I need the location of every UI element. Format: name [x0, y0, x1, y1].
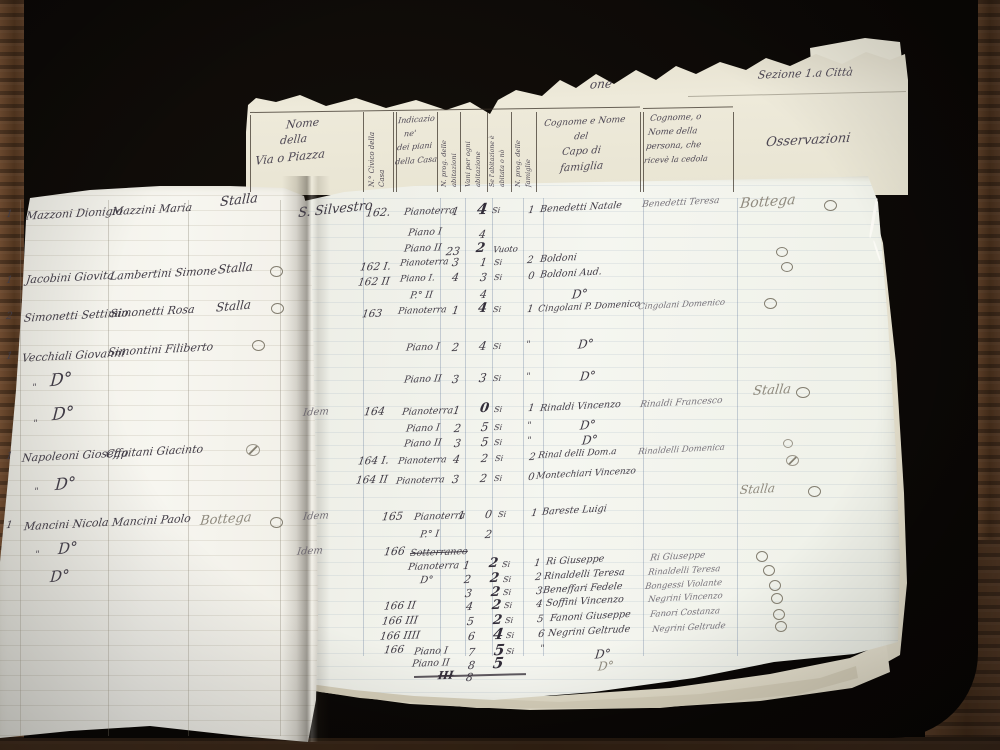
- column-rule-line: [188, 200, 189, 736]
- text-right_page-rows-19-ab: Si: [502, 589, 511, 597]
- pencil-circle-mark: [769, 580, 781, 591]
- text-right_page-rows-5-capo: D°: [571, 287, 588, 300]
- text-right_page-rows-8-ab: Si: [492, 375, 501, 383]
- column-rule-line: [643, 198, 644, 656]
- pencil-circle-mark: [252, 340, 265, 351]
- text-right_page-rows-13-floor: Pianoterra: [395, 476, 445, 487]
- text-right_page-rows-11-capo: D°: [581, 433, 598, 446]
- text-header_columns-4-lines-0: Vani per ogni: [465, 141, 472, 187]
- text-right_page-rows-0-oss: Bottega: [739, 193, 796, 211]
- text-header_columns-8-lines-1: Nome della: [647, 127, 697, 137]
- text-right_page-rows-23-house: 166: [383, 645, 405, 656]
- text-left_page-rows-1-note: Stalla: [218, 260, 254, 275]
- text-right_page-rows-10-ab: Si: [493, 424, 502, 432]
- text-right_page-rows-9-floor: Pianoterra: [401, 406, 453, 417]
- text-right_page-rows-6-vani: 4: [477, 302, 488, 315]
- text-header_columns-2-lines-1: ne': [404, 130, 417, 139]
- text-right_page-rows-14-house: 165: [381, 511, 404, 523]
- text-right_page-rows-13-ab: Si: [493, 475, 502, 483]
- text-right_page-rows-7-capo: D°: [577, 337, 594, 350]
- text-right_page-rows-0-ab: Si: [491, 207, 500, 215]
- column-rule-line: [643, 112, 644, 192]
- text-header_columns-7-lines-2: Capo di: [561, 146, 601, 158]
- text-header_columns-1-lines-1: Casa: [379, 170, 386, 187]
- wood-table-bottom-edge: [0, 737, 1000, 750]
- text-annotations-section: Sezione 1.a Città: [757, 66, 853, 80]
- text-right_page-rows-6-floor: Pianoterra: [397, 306, 447, 317]
- text-left_page-rows-2-note: Stalla: [216, 298, 252, 313]
- text-right_page-rows-12-ab: Si: [494, 455, 503, 463]
- text-right_page-rows-7-vani: 4: [478, 340, 487, 352]
- text-right_page-rows-14-ab: Si: [497, 511, 506, 519]
- text-header_columns-5-lines-1: abitata o nò: [500, 150, 506, 187]
- text-right_page-rows-6-house: 163: [361, 309, 383, 320]
- pencil-circle-mark: [270, 517, 283, 528]
- text-right_page-rows-8-vani: 3: [478, 372, 487, 384]
- text-header_columns-0-lines-1: della: [280, 133, 308, 146]
- text-right_page-rows-17-ab: Si: [501, 561, 510, 569]
- column-rule-line: [280, 200, 281, 736]
- text-right_page-rows-8-floor: Piano II: [403, 374, 442, 385]
- text-right_page-rows-14-street: Idem: [302, 511, 329, 522]
- text-right_page-rows-23-ab: Si: [505, 648, 514, 656]
- text-annotations-torn_fragment: one: [589, 77, 613, 90]
- text-right_page-rows-16-floor: Sotterraneo: [409, 547, 468, 559]
- text-header_columns-6-lines-1: famiglie: [525, 159, 532, 187]
- crossed-circle-mark: [786, 455, 799, 466]
- text-right_page-rows-5-floor: P.° II: [409, 291, 433, 301]
- text-right_page-rows-4-floor: Piano I.: [399, 274, 435, 284]
- text-right_page-rows-8-capo: D°: [579, 369, 596, 382]
- pencil-circle-mark: [764, 298, 777, 309]
- text-right_page-rows-2-vani: 2: [475, 242, 486, 255]
- column-rule-line: [437, 112, 438, 192]
- column-rule-line: [460, 112, 461, 192]
- text-right_page-rows-18-vani: 2: [489, 572, 500, 585]
- text-right_page-rows-21-ab: Si: [504, 617, 513, 625]
- pencil-circle-mark: [773, 609, 785, 620]
- text-right_page-rows-4-house: 162 II: [357, 276, 390, 288]
- text-header_columns-7-lines-1: del: [573, 133, 588, 143]
- column-rule-line: [640, 112, 641, 192]
- column-rule-line: [536, 112, 537, 192]
- text-right_page-rows-13-oss: Stalla: [739, 482, 775, 496]
- text-right_page-rows-2-floor: Piano II: [403, 243, 442, 254]
- text-right_page-rows-0-vani: 4: [476, 202, 489, 217]
- column-rule-line: [363, 112, 364, 192]
- text-right_page-rows-9-oss: Stalla: [752, 383, 792, 398]
- column-rule-line: [250, 115, 251, 192]
- text-header_columns-3-lines-1: abitazioni: [451, 153, 458, 187]
- text-right_page-rows-13-house: 164 II: [355, 474, 388, 486]
- pencil-circle-mark: [775, 621, 787, 632]
- text-right_page-rows-15-floor: P.° I: [419, 530, 439, 540]
- text-right_page-rows-23-floor: Piano I: [413, 646, 448, 657]
- text-left_page-rows-7-a: D°: [54, 475, 76, 493]
- text-right_page-rows-4-ab: Si: [493, 274, 502, 282]
- text-right_page-rows-1-floor: Piano I: [407, 227, 442, 238]
- text-right_page-rows-23-capo_ditto: D°: [597, 659, 614, 672]
- text-right_page-rows-16-street: Idem: [296, 546, 323, 557]
- pencil-circle-mark: [781, 262, 793, 272]
- text-right_page-rows-17-floor: Pianoterra: [407, 561, 459, 572]
- pencil-circle-mark: [763, 565, 775, 576]
- text-right_page-rows-9-vani: 0: [479, 402, 490, 415]
- text-header_columns-6-lines-0: N. prog. delle: [515, 140, 522, 187]
- column-rule-line: [523, 198, 524, 656]
- text-right_page-rows-16-house: 166: [383, 546, 406, 558]
- pencil-circle-mark: [824, 200, 837, 211]
- text-left_page-rows-0-note: Stalla: [220, 192, 259, 209]
- text-right_page-rows-22-ab: Si: [505, 632, 514, 640]
- pencil-circle-mark: [776, 247, 788, 257]
- text-left_page-rows-8-note: Bottega: [199, 511, 252, 528]
- text-right_page-rows-3-house: 162 I.: [359, 261, 391, 273]
- pencil-circle-mark: [270, 266, 283, 277]
- text-right_page-rows-17-vani: 2: [488, 557, 499, 570]
- text-header_columns-8-lines-0: Cognome, o: [649, 113, 701, 123]
- pencil-circle-mark: [783, 439, 793, 448]
- text-left_page-rows-4-a: D°: [49, 371, 72, 391]
- column-rule-line: [393, 112, 394, 192]
- text-right_page-rows-6-ab: Si: [492, 306, 501, 314]
- text-right_page-rows-9-house: 164: [363, 406, 386, 418]
- text-right_page-rows-11-floor: Piano II: [403, 438, 442, 449]
- pencil-circle-mark: [271, 303, 284, 314]
- text-right_page-rows-20-vani: 2: [491, 599, 502, 612]
- text-right_page-rows-21-house: 166 III: [381, 615, 418, 627]
- pencil-circle-mark: [808, 486, 821, 497]
- text-right_page-rows-10-floor: Piano I: [405, 423, 440, 434]
- text-right_page-rows-18-floor: D°: [419, 576, 433, 587]
- text-right_page-rows-7-ab: Si: [492, 343, 501, 351]
- text-right_page-rows-10-capo: D°: [579, 418, 596, 431]
- text-right_page-rows-9-street: Idem: [302, 407, 329, 418]
- book-gutter-shadow: [282, 176, 330, 742]
- pencil-circle-mark: [771, 593, 783, 604]
- text-right_page-rows-12-house: 164 I.: [357, 455, 389, 467]
- text-right_page-rows-0-floor: Pianoterra: [403, 206, 455, 217]
- text-right_page-rows-0-house: 162.: [365, 207, 391, 219]
- text-left_page-rows-5-a: D°: [51, 405, 74, 425]
- text-header_columns-1-lines-0: N.° Civico della: [369, 132, 376, 187]
- text-right_page-rows-24-vani: 5: [492, 656, 505, 671]
- text-left_page-rows-10-a: D°: [50, 568, 70, 585]
- text-right_page-rows-12-floor: Pianoterra: [397, 456, 447, 467]
- text-right_page-rows-24-floor: Piano II: [411, 658, 450, 669]
- text-right_page-rows-3-ab: Si: [493, 259, 502, 267]
- column-rule-line: [737, 198, 738, 656]
- photo-of-register: oneSezione 1.a CittàNomedellaVia o Piazz…: [0, 0, 1000, 750]
- text-right_page-rows-20-ab: Si: [503, 602, 512, 610]
- text-right_page-rows-3-capo: Boldoni: [539, 253, 577, 264]
- text-header_columns-0-lines-0: Nome: [286, 116, 320, 130]
- text-right_page-rows-20-house: 166 II: [383, 600, 416, 612]
- text-right_page-rows-3-floor: Pianoterra: [399, 258, 449, 269]
- column-rule-line: [733, 112, 734, 192]
- text-right_page-rows-18-ab: Si: [502, 576, 511, 584]
- crossed-circle-mark: [246, 444, 260, 456]
- text-right_page-rows-2-ab: Vuoto: [492, 246, 518, 255]
- text-right_page-rows-22-house: 166 IIII: [379, 630, 420, 642]
- text-right_page-rows-7-floor: Piano I: [405, 342, 440, 353]
- column-rule-line: [20, 200, 21, 736]
- pencil-circle-mark: [756, 551, 768, 562]
- pencil-circle-mark: [796, 387, 810, 398]
- text-right_page-rows-9-ab: Si: [493, 406, 502, 414]
- text-header_columns-8-lines-2: persona, che: [645, 141, 701, 151]
- text-header_columns-4-lines-1: abitazione: [475, 151, 482, 187]
- text-right_page-rows-11-ab: Si: [493, 439, 502, 447]
- column-rule-line: [511, 112, 512, 192]
- text-header_columns-3-lines-0: N. prog. delle: [441, 140, 448, 187]
- text-header_columns-5-lines-0: Se l'abitazione è: [490, 135, 496, 187]
- text-left_page-rows-9-a: D°: [58, 540, 78, 557]
